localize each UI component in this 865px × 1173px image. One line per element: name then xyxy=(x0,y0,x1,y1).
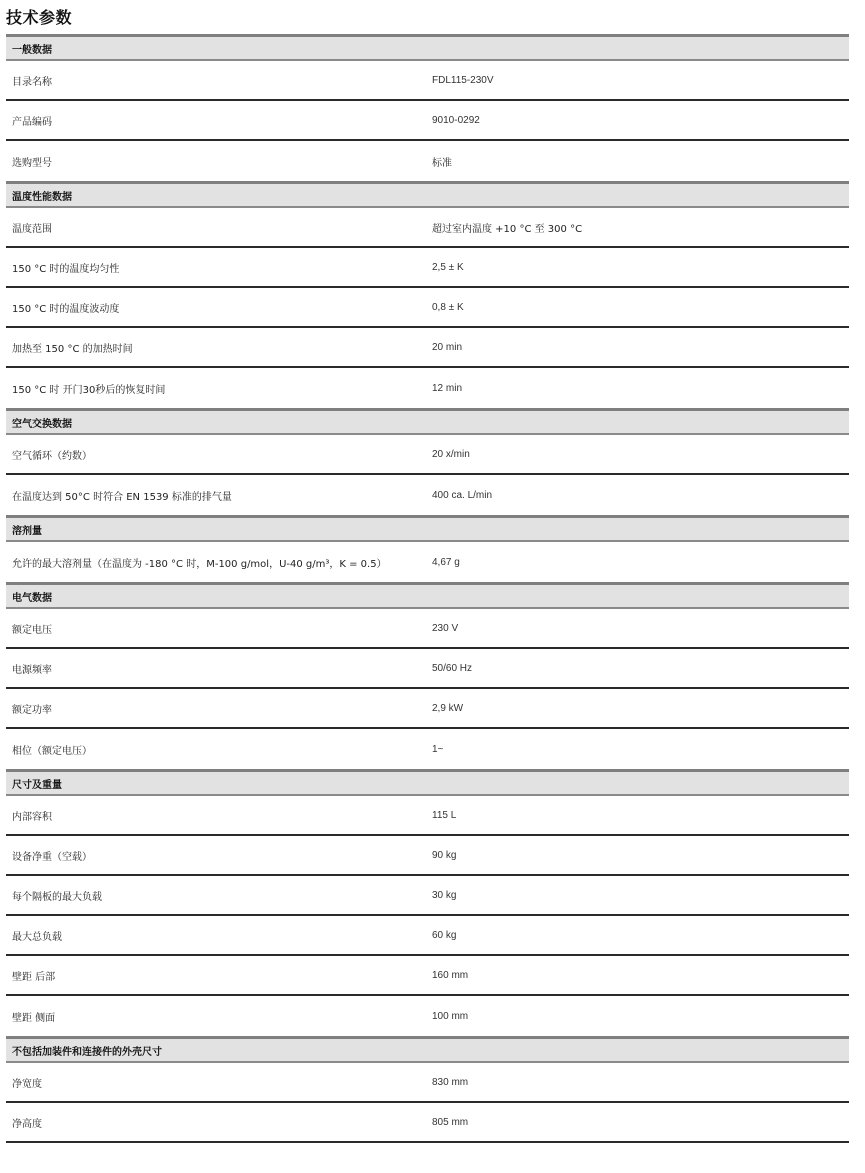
table-row: 150 °C 时 开门30秒后的恢复时间 12 min xyxy=(6,368,849,408)
row-value: 90 kg xyxy=(426,850,849,861)
section-header-air-exchange: 空气交换数据 xyxy=(6,408,849,435)
row-value: FDL115-230V xyxy=(426,75,849,86)
row-label: 额定功率 xyxy=(6,701,426,716)
row-label: 选购型号 xyxy=(6,154,426,169)
table-row: 在温度达到 50°C 时符合 EN 1539 标准的排气量 400 ca. L/… xyxy=(6,475,849,515)
row-label: 150 °C 时的温度均匀性 xyxy=(6,260,426,275)
row-value: 830 mm xyxy=(426,1077,849,1088)
table-row: 加热至 150 °C 的加热时间 20 min xyxy=(6,328,849,368)
row-value: 50/60 Hz xyxy=(426,663,849,674)
section-header-exterior-dimensions: 不包括加装件和连接件的外壳尺寸 xyxy=(6,1036,849,1063)
row-value: 标准 xyxy=(426,154,849,169)
row-value: 0,8 ± K xyxy=(426,302,849,313)
section-header-electrical: 电气数据 xyxy=(6,582,849,609)
table-row: 150 °C 时的温度波动度 0,8 ± K xyxy=(6,288,849,328)
table-row: 净宽度 830 mm xyxy=(6,1063,849,1103)
row-value: 2,9 kW xyxy=(426,703,849,714)
row-label: 产品编码 xyxy=(6,113,426,128)
section-title: 温度性能数据 xyxy=(12,188,72,203)
row-label: 设备净重（空载） xyxy=(6,848,426,863)
spec-table: 一般数据 目录名称 FDL115-230V 产品编码 9010-0292 选购型… xyxy=(6,34,849,1143)
row-value: 4,67 g xyxy=(426,557,849,568)
table-row: 空气循环（约数） 20 x/min xyxy=(6,435,849,475)
row-value: 超过室内温度 +10 °C 至 300 °C xyxy=(426,220,849,235)
table-row: 电源频率 50/60 Hz xyxy=(6,649,849,689)
row-label: 目录名称 xyxy=(6,73,426,88)
table-row: 内部容积 115 L xyxy=(6,796,849,836)
section-title: 电气数据 xyxy=(12,589,52,604)
section-title: 空气交换数据 xyxy=(12,415,72,430)
row-value: 20 min xyxy=(426,342,849,353)
row-label: 温度范围 xyxy=(6,220,426,235)
table-row: 壁距 后部 160 mm xyxy=(6,956,849,996)
section-header-general: 一般数据 xyxy=(6,34,849,61)
row-value: 805 mm xyxy=(426,1117,849,1128)
table-row: 产品编码 9010-0292 xyxy=(6,101,849,141)
row-value: 100 mm xyxy=(426,1011,849,1022)
row-value: 12 min xyxy=(426,383,849,394)
row-label: 最大总负载 xyxy=(6,928,426,943)
section-title: 一般数据 xyxy=(12,41,52,56)
section-header-dimensions-weight: 尺寸及重量 xyxy=(6,769,849,796)
row-label: 内部容积 xyxy=(6,808,426,823)
table-row: 目录名称 FDL115-230V xyxy=(6,61,849,101)
table-row: 额定功率 2,9 kW xyxy=(6,689,849,729)
row-label: 150 °C 时的温度波动度 xyxy=(6,300,426,315)
row-label: 每个隔板的最大负载 xyxy=(6,888,426,903)
row-label: 电源频率 xyxy=(6,661,426,676)
row-label: 额定电压 xyxy=(6,621,426,636)
row-value: 2,5 ± K xyxy=(426,262,849,273)
row-value: 9010-0292 xyxy=(426,115,849,126)
table-row: 150 °C 时的温度均匀性 2,5 ± K xyxy=(6,248,849,288)
section-title: 尺寸及重量 xyxy=(12,776,62,791)
table-row: 允许的最大溶剂量（在温度为 -180 °C 时，M-100 g/mol，U-40… xyxy=(6,542,849,582)
table-row: 净高度 805 mm xyxy=(6,1103,849,1143)
row-label: 相位（额定电压） xyxy=(6,742,426,757)
row-label: 壁距 后部 xyxy=(6,968,426,983)
page-title: 技术参数 xyxy=(6,7,72,29)
row-value: 160 mm xyxy=(426,970,849,981)
section-title: 溶剂量 xyxy=(12,522,42,537)
table-row: 最大总负载 60 kg xyxy=(6,916,849,956)
row-value: 60 kg xyxy=(426,930,849,941)
row-value: 400 ca. L/min xyxy=(426,490,849,501)
row-label: 允许的最大溶剂量（在温度为 -180 °C 时，M-100 g/mol，U-40… xyxy=(6,555,426,570)
table-row: 设备净重（空载） 90 kg xyxy=(6,836,849,876)
row-value: 115 L xyxy=(426,810,849,821)
table-row: 相位（额定电压） 1~ xyxy=(6,729,849,769)
row-value: 1~ xyxy=(426,744,849,755)
table-row: 每个隔板的最大负载 30 kg xyxy=(6,876,849,916)
row-label: 加热至 150 °C 的加热时间 xyxy=(6,340,426,355)
row-label: 150 °C 时 开门30秒后的恢复时间 xyxy=(6,381,426,396)
row-label: 净宽度 xyxy=(6,1075,426,1090)
section-title: 不包括加装件和连接件的外壳尺寸 xyxy=(12,1043,162,1058)
row-value: 230 V xyxy=(426,623,849,634)
table-row: 选购型号 标准 xyxy=(6,141,849,181)
row-value: 30 kg xyxy=(426,890,849,901)
row-label: 壁距 侧面 xyxy=(6,1009,426,1024)
row-label: 空气循环（约数） xyxy=(6,447,426,462)
row-label: 在温度达到 50°C 时符合 EN 1539 标准的排气量 xyxy=(6,488,426,503)
row-value: 20 x/min xyxy=(426,449,849,460)
section-header-temperature: 温度性能数据 xyxy=(6,181,849,208)
table-row: 壁距 侧面 100 mm xyxy=(6,996,849,1036)
section-header-solvent: 溶剂量 xyxy=(6,515,849,542)
table-row: 额定电压 230 V xyxy=(6,609,849,649)
row-label: 净高度 xyxy=(6,1115,426,1130)
table-row: 温度范围 超过室内温度 +10 °C 至 300 °C xyxy=(6,208,849,248)
